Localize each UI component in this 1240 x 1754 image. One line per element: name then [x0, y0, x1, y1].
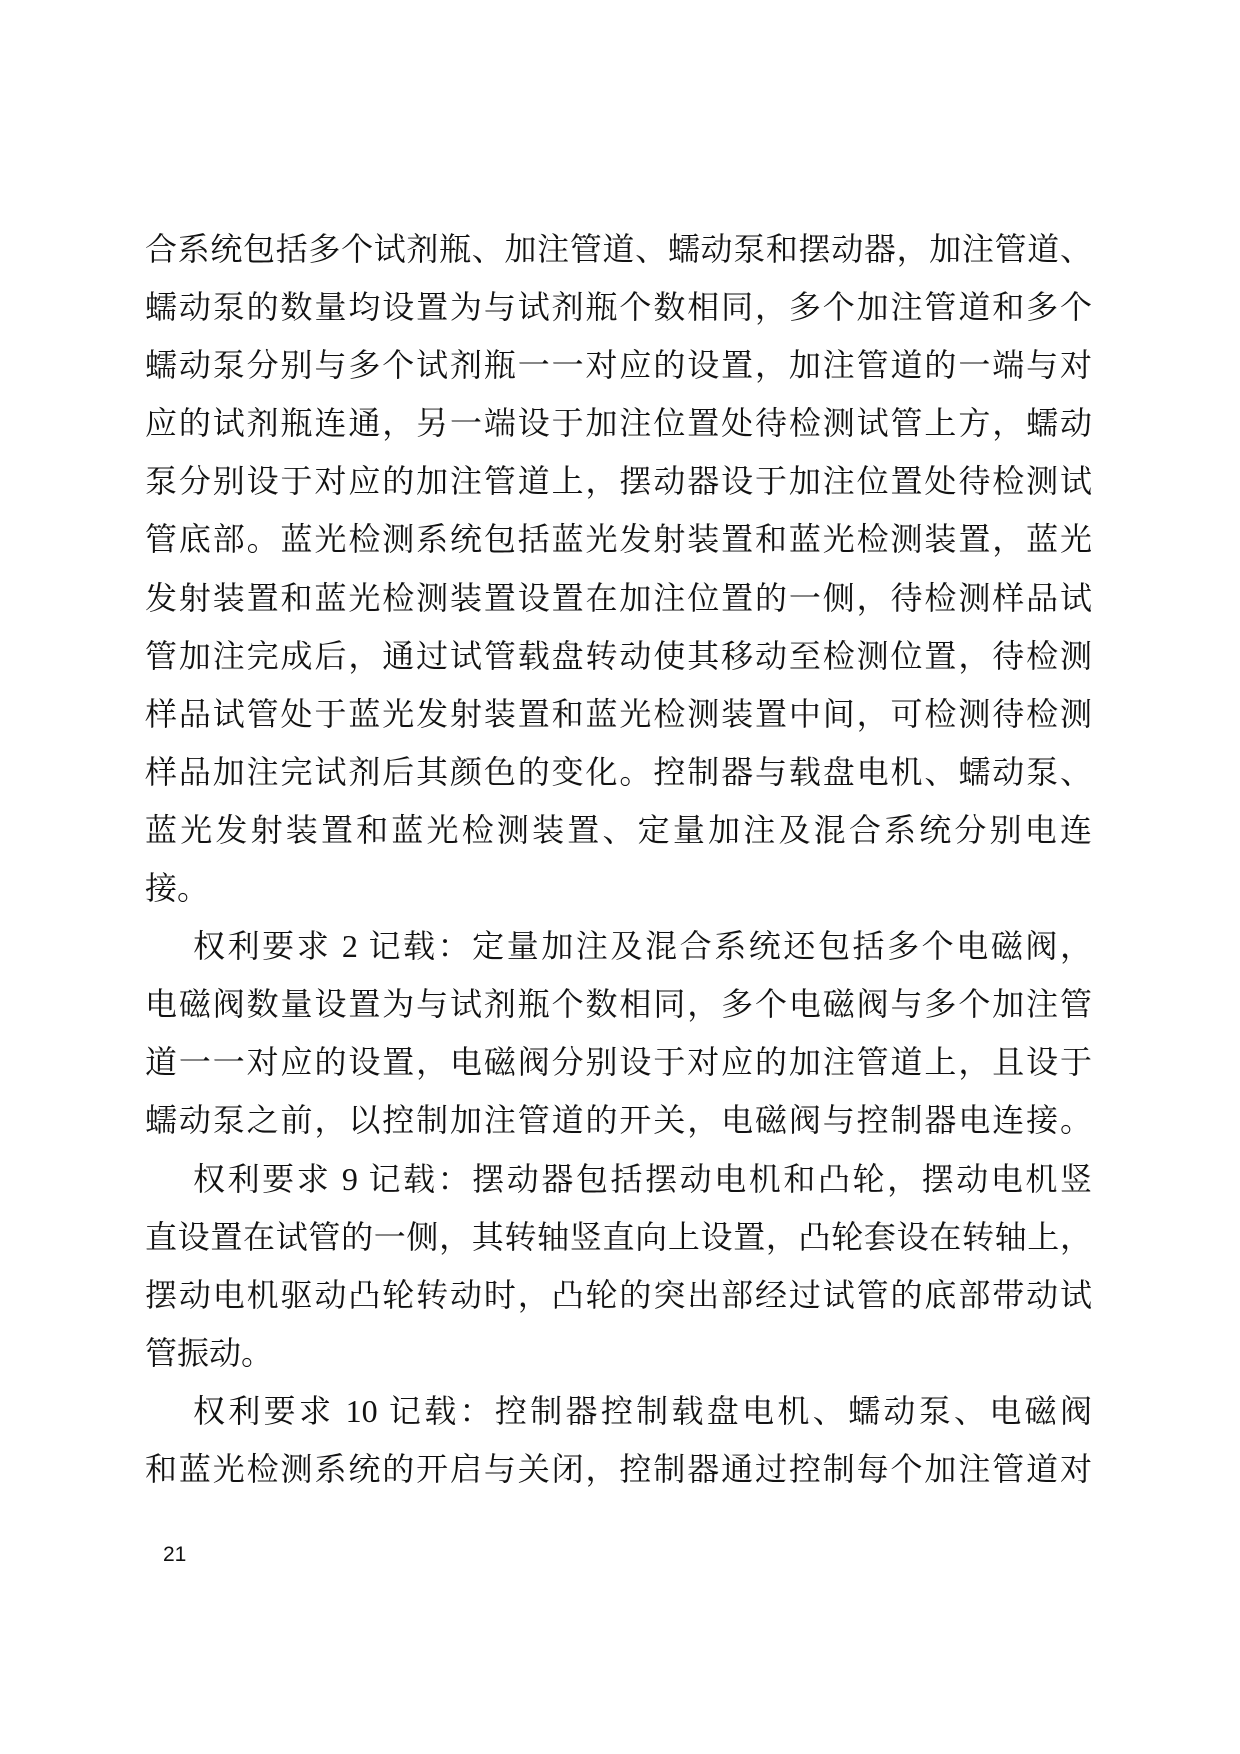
text-line: 蓝光发射装置和蓝光检测装置、定量加注及混合系统分别电连 — [145, 801, 1092, 859]
text-line: 权利要求 10 记载：控制器控制载盘电机、蠕动泵、电磁阀 — [145, 1382, 1092, 1440]
text-line: 样品加注完试剂后其颜色的变化。控制器与载盘电机、蠕动泵、 — [145, 743, 1092, 801]
text-line: 管底部。蓝光检测系统包括蓝光发射装置和蓝光检测装置，蓝光 — [145, 510, 1092, 568]
text-line: 直设置在试管的一侧，其转轴竖直向上设置，凸轮套设在转轴上， — [145, 1208, 1092, 1266]
text-line: 发射装置和蓝光检测装置设置在加注位置的一侧，待检测样品试 — [145, 569, 1092, 627]
text-line: 和蓝光检测系统的开启与关闭，控制器通过控制每个加注管道对 — [145, 1440, 1092, 1498]
text-line: 合系统包括多个试剂瓶、加注管道、蠕动泵和摆动器，加注管道、 — [145, 220, 1092, 278]
text-line: 泵分别设于对应的加注管道上，摆动器设于加注位置处待检测试 — [145, 452, 1092, 510]
text-line: 样品试管处于蓝光发射装置和蓝光检测装置中间，可检测待检测 — [145, 685, 1092, 743]
document-body: 合系统包括多个试剂瓶、加注管道、蠕动泵和摆动器，加注管道、蠕动泵的数量均设置为与… — [145, 220, 1092, 1498]
text-line: 管振动。 — [145, 1324, 1092, 1382]
text-line: 管加注完成后，通过试管载盘转动使其移动至检测位置，待检测 — [145, 627, 1092, 685]
text-line: 蠕动泵的数量均设置为与试剂瓶个数相同，多个加注管道和多个 — [145, 278, 1092, 336]
text-line: 权利要求 9 记载：摆动器包括摆动电机和凸轮，摆动电机竖 — [145, 1150, 1092, 1208]
document-page: 合系统包括多个试剂瓶、加注管道、蠕动泵和摆动器，加注管道、蠕动泵的数量均设置为与… — [0, 0, 1240, 1754]
text-line: 蠕动泵之前，以控制加注管道的开关，电磁阀与控制器电连接。 — [145, 1091, 1092, 1149]
text-line: 权利要求 2 记载：定量加注及混合系统还包括多个电磁阀， — [145, 917, 1092, 975]
text-line: 摆动电机驱动凸轮转动时，凸轮的突出部经过试管的底部带动试 — [145, 1266, 1092, 1324]
text-line: 蠕动泵分别与多个试剂瓶一一对应的设置，加注管道的一端与对 — [145, 336, 1092, 394]
page-number: 21 — [163, 1543, 186, 1567]
text-line: 接。 — [145, 859, 1092, 917]
text-line: 电磁阀数量设置为与试剂瓶个数相同，多个电磁阀与多个加注管 — [145, 975, 1092, 1033]
text-line: 应的试剂瓶连通，另一端设于加注位置处待检测试管上方，蠕动 — [145, 394, 1092, 452]
text-line: 道一一对应的设置，电磁阀分别设于对应的加注管道上，且设于 — [145, 1033, 1092, 1091]
